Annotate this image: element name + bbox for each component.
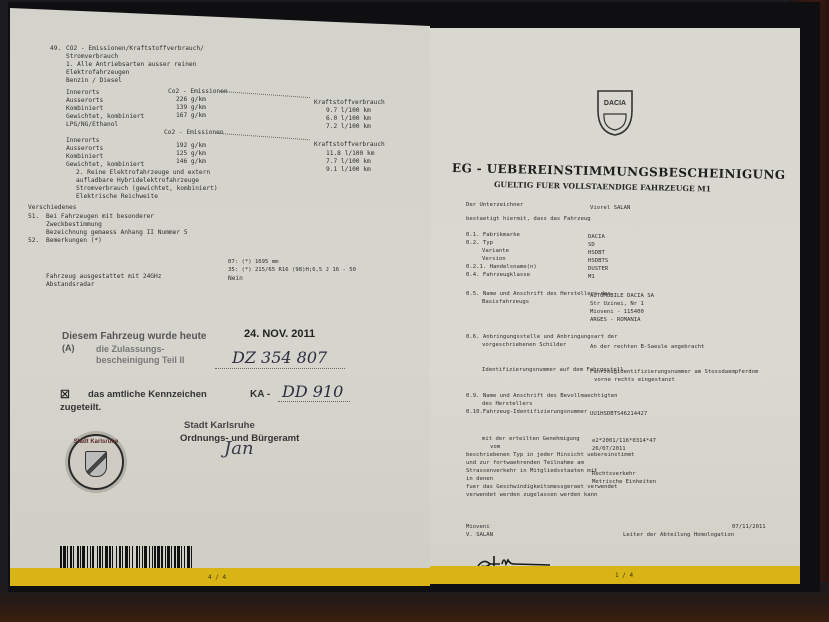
confirms-label: bestaetigt hiermit, dass das Fahrzeug: [466, 217, 591, 223]
co2-header: Co2 - Emissionen: [168, 89, 228, 95]
field-value: SD: [588, 243, 595, 249]
field-value: HSDBT: [588, 251, 605, 257]
row-label: Innerorts: [66, 90, 100, 96]
fuel-value: 7.7 l/100 km: [326, 159, 371, 165]
section-49-line: CO2 - Emissionen/Kraftstoffverbrauch/: [66, 46, 204, 52]
manufacturer-value: AUTOMOBILE DACIA SA: [590, 294, 654, 300]
conformity-line: und zur fortwaehrenden Teilnahme am: [466, 461, 584, 467]
manufacturer-value: Str Uzinei, Nr 1: [590, 302, 644, 308]
section-51-number: 51.: [28, 214, 39, 220]
page-footer-band: 1 / 4: [430, 566, 800, 584]
handwritten-document-number: DZ 354 807: [232, 348, 327, 367]
manufacturer-value: Mioveni - 115400: [590, 310, 644, 316]
co2-value: 192 g/km: [176, 143, 206, 149]
right-page: DACIA EG - UEBEREINSTIMMUNGSBESCHEINIGUN…: [430, 28, 800, 584]
lpg-label: LPG/NG/Ethanol: [66, 122, 118, 128]
fuel-header: Kraftstoffverbrauch: [314, 142, 385, 148]
leader-line: [220, 91, 310, 98]
approval-number: e2*2001/116*0314*47: [592, 439, 656, 445]
conformity-line: beschriebenen Typ in jeder Hinsicht uebe…: [466, 453, 634, 459]
section-49-line: Elektrofahrzeugen: [66, 70, 129, 76]
verschiedenes-heading: Verschiedenes: [28, 205, 76, 211]
field-label: Variante: [482, 249, 509, 255]
co2-value: 125 g/km: [176, 151, 206, 157]
remark-line: 07: (*) 1695 mm: [228, 260, 279, 266]
conformity-line: in denen: [466, 477, 493, 483]
vin-value: UU1HSDBTS46214427: [590, 412, 647, 418]
manufacturer-label: Basisfahrzeugs: [482, 300, 529, 306]
fuel-value: 9.1 l/100 km: [326, 167, 371, 173]
handwritten-plate-number: DD 910: [282, 382, 343, 401]
manufacturer-value: ARGES - ROMANIA: [590, 318, 641, 324]
representative-label: 0.9. Name und Anschrift des Bevollmaecht…: [466, 394, 618, 400]
row-label: Kombiniert: [66, 154, 103, 160]
field-value: DACIA: [588, 235, 605, 241]
electric-line: 2. Reine Elektrofahrzeuge und extern: [76, 170, 210, 176]
row-label: Gewichtet, kombiniert: [66, 162, 144, 168]
row-label: Innerorts: [66, 138, 100, 144]
section-51-line: Bei Fahrzeugen mit besonderer: [46, 214, 154, 220]
certificate-subtitle: GUELTIG FUER VOLLSTAENDIGE FAHRZEUGE M1: [494, 180, 711, 194]
place: Mioveni: [466, 525, 490, 531]
fuel-header: Kraftstoffverbrauch: [314, 100, 385, 106]
electric-line: Stromverbrauch (gewichtet, kombiniert): [76, 186, 218, 192]
left-page: 49. CO2 - Emissionen/Kraftstoffverbrauch…: [10, 8, 430, 586]
fuel-value: 7.2 l/100 km: [326, 124, 371, 130]
official-signature: Jan: [224, 438, 254, 459]
page-footer-band: 4 / 4: [10, 568, 430, 586]
certificate-title: EG - UEBEREINSTIMMUNGSBESCHEINIGUNG: [452, 161, 786, 182]
issue-date: 07/11/2011: [732, 525, 766, 531]
stamp-line: bescheinigung Teil II: [96, 355, 184, 365]
vin-label: 0.10.Fahrzeug-Identifizierungsnummer: [466, 410, 587, 416]
stamp-line: Diesem Fahrzeug wurde heute: [62, 331, 206, 342]
section-49-line: Benzin / Diesel: [66, 78, 122, 84]
row-label: Kombiniert: [66, 106, 103, 112]
seal-text: Stadt Karlsruhe: [70, 439, 122, 445]
section-49-line: 1. Alle Antriebsarten ausser reinen: [66, 62, 196, 68]
signer-name: V. SALAN: [466, 533, 493, 539]
radar-value: Nein: [228, 276, 243, 282]
field-label: 0.2. Typ: [466, 241, 493, 247]
coat-of-arms-icon: [85, 451, 107, 477]
plates-label: vorgeschriebenen Schilder: [482, 343, 566, 349]
page-number: 4 / 4: [208, 574, 226, 581]
svg-text:DACIA: DACIA: [604, 100, 626, 107]
underline: [215, 368, 345, 369]
field-value: M1: [588, 275, 595, 281]
electric-line: Elektrische Reichweite: [76, 194, 158, 200]
underline: [278, 401, 350, 402]
fuel-value: 9.7 l/100 km: [326, 108, 371, 114]
section-49-line: Stromverbrauch: [66, 54, 118, 60]
section-49-number: 49.: [50, 46, 61, 52]
signer-role: Leiter der Abteilung Homologation: [623, 533, 734, 539]
city-seal: Stadt Karlsruhe: [68, 434, 124, 490]
authority-name: Stadt Karlsruhe: [184, 420, 255, 431]
conformity-line: fuer das Geschwindigkeitsmessgeraet verw…: [466, 485, 618, 491]
leader-line: [215, 133, 310, 141]
row-label: Gewichtet, kombiniert: [66, 114, 144, 120]
undersigned-value: Viorel SALAN: [590, 206, 630, 212]
traffic-value: Rechtsverkehr: [592, 472, 636, 478]
section-51-line: Zweckbestimmung: [46, 222, 102, 228]
vin-location-value: vorne rechts eingestanzt: [594, 378, 675, 384]
fuel-value: 11.8 l/100 km: [326, 151, 374, 157]
radar-line: Fahrzeug ausgestattet mit 24GHz: [46, 274, 161, 280]
co2-value: 167 g/km: [176, 113, 206, 119]
plates-label: 0.6. Anbringungsstelle und Anbringungsar…: [466, 335, 618, 341]
row-label: Ausserorts: [66, 98, 103, 104]
row-label: Ausserorts: [66, 146, 103, 152]
field-label: 0.1. Fabrikmarke: [466, 233, 520, 239]
stamp-date: 24. NOV. 2011: [244, 328, 315, 340]
stamp-line: die Zulassungs-: [96, 344, 165, 354]
page-number: 1 / 4: [615, 572, 633, 579]
representative-label: des Herstellers: [482, 402, 533, 408]
co2-value: 146 g/km: [176, 159, 206, 165]
field-label: 0.2.1. Handelsname(n): [466, 265, 537, 271]
section-51-line: Bezeichnung gemaess Anhang II Nummer 5: [46, 230, 188, 236]
radar-line: Abstandsradar: [46, 282, 94, 288]
field-value: HSDBTS: [588, 259, 608, 265]
plate-prefix: KA -: [250, 389, 270, 400]
approval-label: mit der erteilten Genehmigung: [482, 437, 580, 443]
field-value: DUSTER: [588, 267, 608, 273]
stamp-option-a: (A): [62, 343, 75, 353]
vin-location-value: Fahrzeugidentifizierungsnummer am Stossd…: [590, 370, 758, 376]
checkbox-icon: ☒: [60, 388, 70, 401]
co2-value: 226 g/km: [176, 97, 206, 103]
field-label: 0.4. Fahrzeugklasse: [466, 273, 530, 279]
electric-line: aufladbare Hybridelektrofahrzeuge: [76, 178, 199, 184]
field-label: Version: [482, 257, 506, 263]
fuel-value: 6.0 l/100 km: [326, 116, 371, 122]
section-52-number: 52.: [28, 238, 39, 244]
conformity-line: verwendet werden zugelassen werden kann: [466, 493, 597, 499]
dacia-logo-icon: DACIA: [595, 88, 635, 138]
units-value: Metrische Einheiten: [592, 480, 656, 486]
co2-value: 139 g/km: [176, 105, 206, 111]
section-52-label: Bemerkungen (*): [46, 238, 102, 244]
conformity-line: Strassenverkehr in Mitgliedsstaaten mit: [466, 469, 597, 475]
remark-line: 35: (*) 215/65 R16 (98)H;6,5 J 16 - 50: [228, 268, 356, 274]
undersigned-label: Der Unterzeichner: [466, 203, 523, 209]
stamp-line: zugeteilt.: [60, 402, 101, 413]
stamp-line: das amtliche Kennzeichen: [88, 389, 207, 400]
approval-date-label: vom: [490, 445, 500, 451]
plates-value: An der rechten B-Saeule angebracht: [590, 345, 705, 351]
